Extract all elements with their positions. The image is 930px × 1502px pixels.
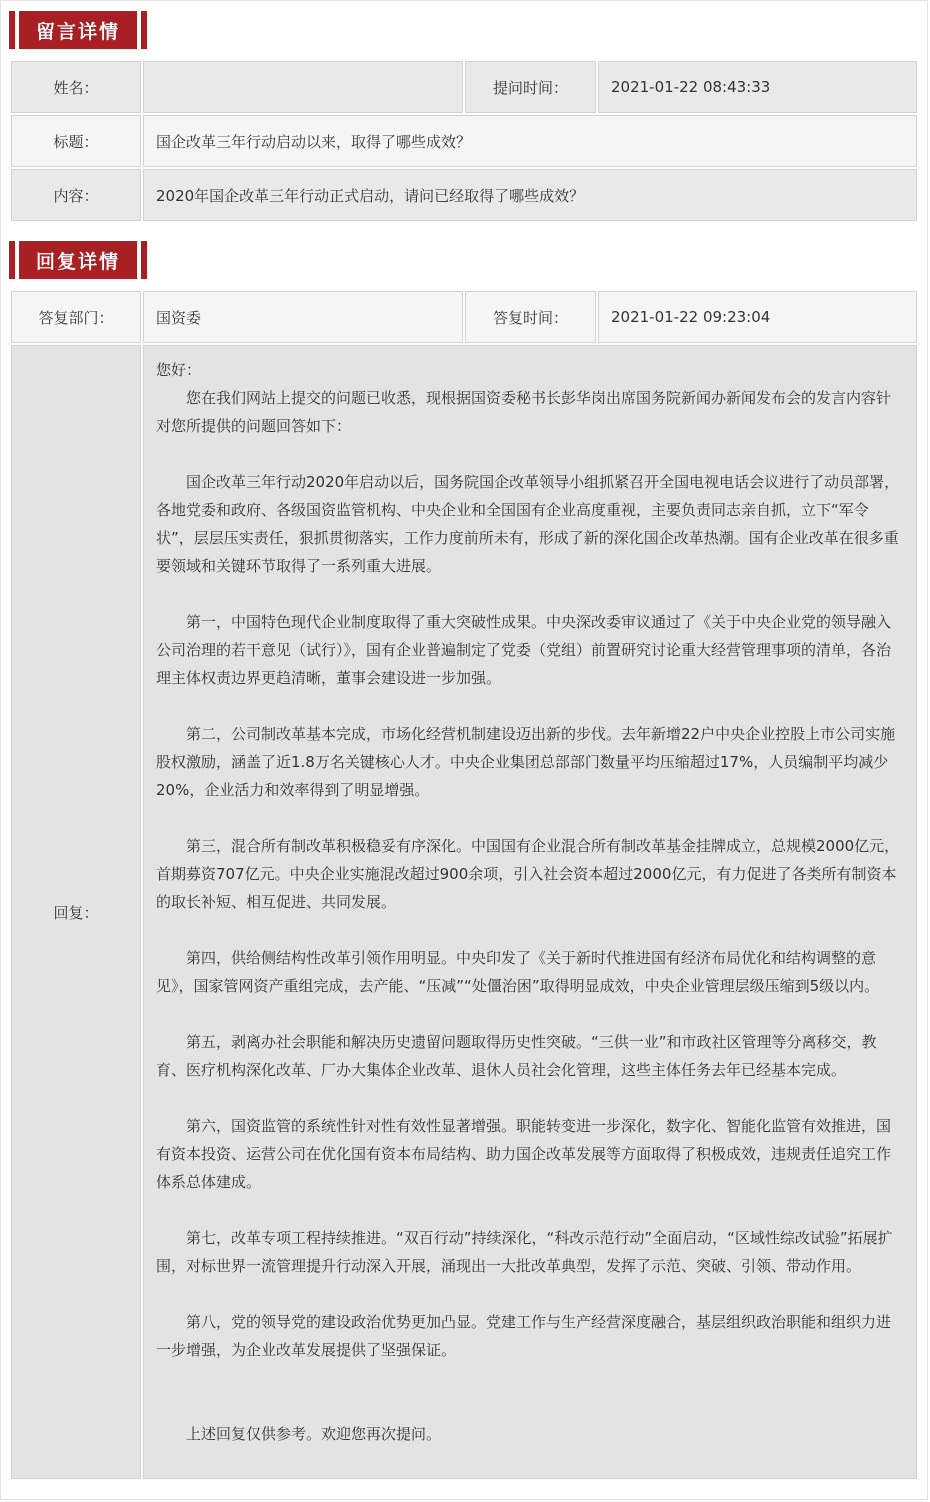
- reply-paragraph: 国企改革三年行动2020年启动以后，国务院国企改革领导小组抓紧召开全国电视电话会…: [156, 468, 904, 580]
- table-row: 标题： 国企改革三年行动启动以来，取得了哪些成效？: [11, 115, 917, 167]
- dept-label: 答复部门：: [11, 291, 141, 343]
- reply-paragraph: 第三，混合所有制改革积极稳妥有序深化。中国国有企业混合所有制改革基金挂牌成立，总…: [156, 832, 904, 916]
- message-section-title: 留言详情: [19, 11, 137, 49]
- message-section-header: 留言详情: [9, 11, 919, 49]
- reply-time-label: 答复时间：: [465, 291, 596, 343]
- name-label: 姓名：: [11, 61, 141, 113]
- reply-paragraph: 第五，剥离办社会职能和解决历史遗留问题取得历史性突破。“三供一业”和市政社区管理…: [156, 1028, 904, 1084]
- reply-table: 答复部门： 国资委 答复时间： 2021-01-22 09:23:04 回复： …: [9, 289, 919, 1481]
- table-row: 答复部门： 国资委 答复时间： 2021-01-22 09:23:04: [11, 291, 917, 343]
- header-accent-bar-left: [9, 11, 15, 49]
- page-container: 留言详情 姓名： 提问时间： 2021-01-22 08:43:33 标题： 国…: [0, 0, 928, 1500]
- reply-body: 您好： 您在我们网站上提交的问题已收悉，现根据国资委秘书长彭华岗出席国务院新闻办…: [143, 345, 917, 1479]
- header-accent-bar-left: [9, 241, 15, 279]
- reply-paragraph: 您好：: [156, 356, 904, 384]
- message-table: 姓名： 提问时间： 2021-01-22 08:43:33 标题： 国企改革三年…: [9, 59, 919, 223]
- reply-paragraph: 第一，中国特色现代企业制度取得了重大突破性成果。中央深改委审议通过了《关于中央企…: [156, 608, 904, 692]
- header-accent-bar-right: [141, 241, 147, 279]
- reply-time-value: 2021-01-22 09:23:04: [598, 291, 917, 343]
- reply-section-title: 回复详情: [19, 241, 137, 279]
- title-value: 国企改革三年行动启动以来，取得了哪些成效？: [143, 115, 917, 167]
- content-label: 内容：: [11, 169, 141, 221]
- reply-paragraph: 第六，国资监管的系统性针对性有效性显著增强。职能转变进一步深化，数字化、智能化监…: [156, 1112, 904, 1196]
- reply-paragraph: 第四，供给侧结构性改革引领作用明显。中央印发了《关于新时代推进国有经济布局优化和…: [156, 944, 904, 1000]
- title-label: 标题：: [11, 115, 141, 167]
- dept-value: 国资委: [143, 291, 463, 343]
- reply-paragraph: 您在我们网站上提交的问题已收悉，现根据国资委秘书长彭华岗出席国务院新闻办新闻发布…: [156, 384, 904, 440]
- ask-time-value: 2021-01-22 08:43:33: [598, 61, 917, 113]
- table-row: 回复： 您好： 您在我们网站上提交的问题已收悉，现根据国资委秘书长彭华岗出席国务…: [11, 345, 917, 1479]
- name-value: [143, 61, 463, 113]
- table-row: 姓名： 提问时间： 2021-01-22 08:43:33: [11, 61, 917, 113]
- header-accent-bar-right: [141, 11, 147, 49]
- table-row: 内容： 2020年国企改革三年行动正式启动，请问已经取得了哪些成效？: [11, 169, 917, 221]
- reply-section-header: 回复详情: [9, 241, 919, 279]
- reply-paragraph: 第二，公司制改革基本完成，市场化经营机制建设迈出新的步伐。去年新增22户中央企业…: [156, 720, 904, 804]
- reply-paragraph: 第八，党的领导党的建设政治优势更加凸显。党建工作与生产经营深度融合，基层组织政治…: [156, 1308, 904, 1364]
- ask-time-label: 提问时间：: [465, 61, 596, 113]
- reply-paragraph: 上述回复仅供参考。欢迎您再次提问。: [156, 1420, 904, 1448]
- content-value: 2020年国企改革三年行动正式启动，请问已经取得了哪些成效？: [143, 169, 917, 221]
- reply-label: 回复：: [11, 345, 141, 1479]
- reply-paragraph: 第七，改革专项工程持续推进。“双百行动”持续深化，“科改示范行动”全面启动，“区…: [156, 1224, 904, 1280]
